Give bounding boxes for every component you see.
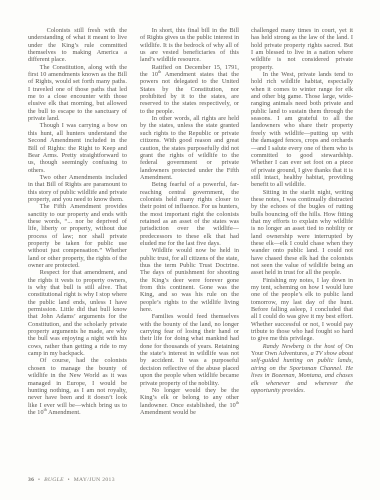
- paragraph: Respect for that amendment, and the righ…: [28, 269, 127, 357]
- paragraph: Being fearful of a powerful, far-reachin…: [140, 181, 239, 247]
- paragraph: Of course, had the colonists chosen to m…: [28, 357, 127, 416]
- paragraph: Ratified on December 15, 1791, the 10th …: [140, 64, 239, 115]
- paragraph: Colonists still fresh with the understan…: [28, 27, 127, 64]
- issue-date: MAY/JUN 2013: [74, 477, 115, 483]
- paragraph: Two other Amendments included in that Bi…: [28, 174, 127, 203]
- text-column-3: challenged many times in court, yet it h…: [251, 27, 353, 394]
- bio-rest: a TV show about self-guided hunting on p…: [251, 350, 353, 394]
- paragraph: In the West, private lands tend to hold …: [251, 71, 353, 189]
- paragraph: Wildlife would now be held in public tru…: [140, 247, 239, 313]
- paragraph: No longer would they be the King’s elk o…: [140, 387, 239, 416]
- paragraph: Finishing my notes, I lay down in my ten…: [251, 277, 353, 343]
- author-bio: Randy Newberg is the host of On Your Own…: [251, 343, 353, 394]
- paragraph: Sitting in the starlit night, writing th…: [251, 189, 353, 277]
- paragraph: The Constitution, along with the first 1…: [28, 64, 127, 123]
- paragraph: Families would feed themselves with the …: [140, 313, 239, 386]
- text-column-1: Colonists still fresh with the understan…: [28, 27, 127, 416]
- paragraph: In other words, all rights are held by t…: [140, 115, 239, 181]
- paragraph: In short, this final bill in the Bill of…: [140, 27, 239, 64]
- text-column-2: In short, this final bill in the Bill of…: [140, 27, 239, 416]
- magazine-page: Colonists still fresh with the understan…: [0, 0, 380, 500]
- footer-separator: •: [68, 477, 70, 483]
- page-number: 36: [28, 477, 34, 483]
- paragraph: Though I was carrying a bow on this hunt…: [28, 122, 127, 173]
- footer-separator: •: [38, 477, 40, 483]
- page-footer: 36 • BUGLE • MAY/JUN 2013: [28, 477, 115, 484]
- magazine-name: BUGLE: [44, 477, 64, 483]
- bio-lead-in: Randy Newberg is the host of: [263, 343, 346, 350]
- paragraph: challenged many times in court, yet it h…: [251, 27, 353, 71]
- paragraph: The Fifth Amendment provides sanctity to…: [28, 203, 127, 269]
